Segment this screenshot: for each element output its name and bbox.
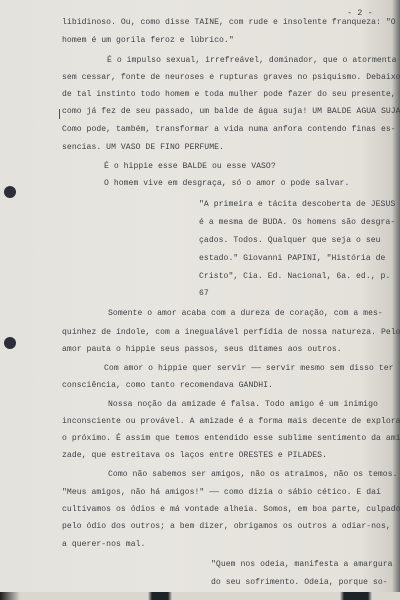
text-line: de tal instinto todo homem e toda mulher… — [62, 90, 396, 100]
text-line: Somente o amor acaba com a dureza de cor… — [108, 309, 383, 319]
text-line: Nossa noção da amizade é falsa. Todo ami… — [108, 400, 378, 410]
quote-line: çados. Todos. Qualquer que seja o seu — [199, 236, 381, 246]
ink-mark — [59, 109, 60, 119]
text-line: amor pauta o hippie seus passos, seus di… — [62, 345, 342, 355]
quote-line: do seu sofrimento. Odeia, porque so- — [211, 578, 388, 588]
text-line: o próximo. É assim que temos entendido e… — [62, 434, 400, 444]
punch-hole-middle — [4, 337, 16, 349]
bottom-edge-strip — [0, 592, 400, 600]
text-line: É o impulso sexual, irrefreável, dominad… — [107, 56, 397, 66]
text-line: homem é um gorila feroz e lúbrico." — [62, 36, 234, 46]
text-line: libidinoso. Ou, como disse TAINE, com ru… — [62, 18, 396, 28]
text-line: Com amor o hippie quer servir —— servir … — [104, 364, 394, 374]
text-line: cultivamos os ódios e má vontade alheia.… — [62, 505, 400, 515]
text-line: consciência, como tanto recomendava GAND… — [62, 381, 273, 391]
quote-line: "A primeira e tácita descoberta de JESUS — [199, 200, 395, 210]
text-line: sencias. UM VASO DE FINO PERFUME. — [62, 143, 224, 153]
quote-line: 67 — [199, 289, 209, 299]
quote-line: estado." Giovanni PAPINI, "História de — [199, 254, 385, 264]
text-line: zade, que estreitava os laços entre ORES… — [62, 451, 327, 461]
text-line: sem cessar, fonte de neuroses e rupturas… — [62, 73, 400, 83]
page-number: - 2 - — [347, 8, 373, 18]
text-line: Como pode, também, transformar a vida nu… — [62, 125, 396, 135]
quote-line: é a mesma de BUDA. Os homens são desgra- — [199, 218, 395, 228]
document-page: - 2 - libidinoso. Ou, como disse TAINE, … — [0, 0, 400, 600]
quote-line: Cristo", Cia. Ed. Nacional, 6a. ed., p. — [199, 272, 390, 282]
text-line: como já fez de seu passado, um balde de … — [62, 107, 400, 117]
quote-line: "Quem nos odeia, manifesta a amargura — [211, 560, 393, 570]
text-line: a querer-nos mal. — [62, 540, 145, 550]
punch-hole-top — [4, 186, 16, 198]
text-line: "Meus amigos, não há amigos!" —— como di… — [62, 488, 381, 498]
text-line: O homem vive em desgraça, só o amor o po… — [104, 179, 349, 189]
text-line: quinhez de índole, com a inegualável per… — [62, 328, 400, 338]
text-line: É o hippie esse BALDE ou esse VASO? — [104, 162, 276, 172]
text-line: inconsciente ou provável. A amizade é a … — [62, 417, 400, 427]
text-line: pelo ódio dos outros; a bem dizer, obrig… — [62, 522, 391, 532]
text-line: Como não sabemos ser amigos, não os atra… — [108, 470, 398, 480]
